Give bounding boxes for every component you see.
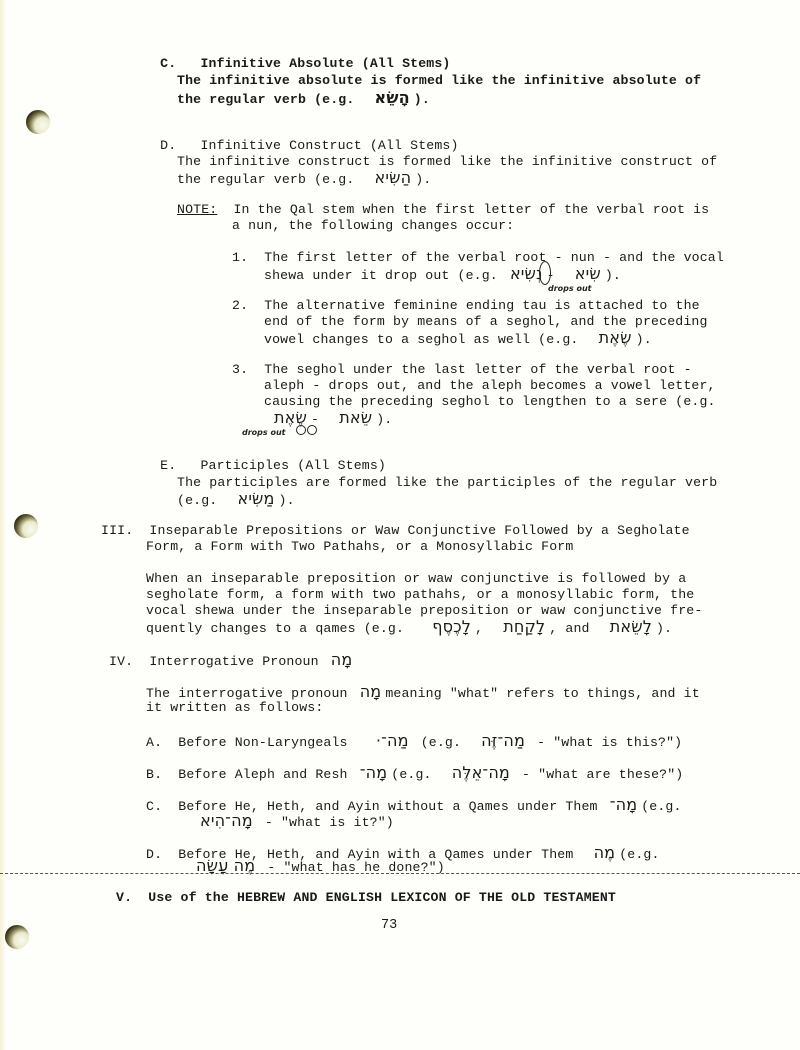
hebrew-example: הַשִּׂיא xyxy=(371,170,416,186)
note-line1: NOTE: In the Qal stem when the first let… xyxy=(177,202,709,218)
hebrew-example: שֵׂאת xyxy=(335,410,376,426)
section-e-heading: E. Participles (All Stems) xyxy=(144,442,386,474)
section-c-body-line2: the regular verb (e.g. הָשֵׂא). xyxy=(177,90,430,108)
gloss: - "what is this?") xyxy=(537,735,682,750)
text: The first letter of the verbal root - nu… xyxy=(264,250,724,265)
text: (e.g. xyxy=(619,847,659,862)
section-iii-heading-line2: Form, a Form with Two Pathahs, or a Mono… xyxy=(146,539,573,555)
item-number: 3. xyxy=(232,362,248,377)
section-c-title: Infinitive Absolute (All Stems) xyxy=(200,56,450,71)
item-number: 1. xyxy=(232,250,248,265)
text: (e.g. xyxy=(641,799,681,814)
note-item-3-line3: causing the preceding seghol to lengthen… xyxy=(264,394,716,410)
hebrew-example: מֶה עָשָׂה xyxy=(192,858,259,874)
section-c-label: C. xyxy=(160,56,176,71)
text: meaning "what" refers to things, and it xyxy=(385,686,700,701)
note-item-2-line3: vowel changes to a seghol as well (e.g. … xyxy=(264,330,652,348)
section-iv-heading: IV. Interrogative Pronoun מָה xyxy=(109,652,356,670)
text: In the Qal stem when the first letter of… xyxy=(233,202,709,217)
note-label: NOTE: xyxy=(177,202,217,217)
text: The interrogative pronoun xyxy=(146,686,348,701)
section-v-title: Use of the HEBREW AND ENGLISH LEXICON OF… xyxy=(148,890,616,905)
page-edge xyxy=(0,0,6,1050)
punch-hole-icon xyxy=(14,514,38,538)
text: Before Aleph and Resh xyxy=(178,767,347,782)
hebrew-form: מַה־· xyxy=(372,733,413,749)
section-e-label: E. xyxy=(160,458,176,473)
handwritten-annotation: drops out xyxy=(242,428,285,437)
text: shewa under it drop out (e.g. xyxy=(264,268,498,283)
hebrew-example: לָקַחַת xyxy=(499,619,549,635)
text: The alternative feminine ending tau is a… xyxy=(264,298,699,313)
section-iii-heading-line1: III. Inseparable Prepositions or Waw Con… xyxy=(101,523,690,539)
handwritten-circle xyxy=(296,425,306,435)
text: (e.g. xyxy=(421,735,461,750)
hebrew-example: שֶׂאֶת xyxy=(595,330,636,346)
item-number: 2. xyxy=(232,298,248,313)
page-divider xyxy=(0,873,800,874)
text: ). xyxy=(605,268,621,283)
gloss: - "what is it?") xyxy=(265,815,394,830)
handwritten-circle xyxy=(307,425,317,435)
iv-item-a: A. Before Non-Laryngeals מַה־· (e.g. מַה… xyxy=(146,733,682,751)
gloss: - "what are these?") xyxy=(522,767,683,782)
hebrew-example: הָשֵׂא xyxy=(371,90,414,106)
section-iv-body-line2: it written as follows: xyxy=(146,700,323,716)
text: vowel changes to a seghol as well (e.g. xyxy=(264,332,579,347)
handwritten-annotation: drops out xyxy=(548,284,591,293)
hebrew-word: מָה xyxy=(356,684,386,700)
section-d-body-line2: the regular verb (e.g. הַשִּׂיא). xyxy=(177,170,431,188)
section-d-body-line1: The infinitive construct is formed like … xyxy=(177,154,717,170)
hebrew-title: מָה xyxy=(327,652,357,668)
punch-hole-icon xyxy=(5,925,29,949)
hebrew-example: מַה־זֶּה xyxy=(477,733,529,749)
text: ). xyxy=(414,92,430,107)
section-v-label: V. xyxy=(116,890,132,905)
section-d-title: Infinitive Construct (All Stems) xyxy=(200,138,458,153)
hebrew-example: מַשִּׂיא xyxy=(233,491,278,507)
hebrew-example: מָה־אֵלֶּה xyxy=(448,765,514,781)
text: Before Non-Laryngeals xyxy=(178,735,347,750)
text: ). xyxy=(656,621,672,636)
text: (e.g. xyxy=(177,493,217,508)
hebrew-example: שֶׂאֶת xyxy=(270,410,311,426)
item-label: B. xyxy=(146,767,162,782)
section-d-label: D. xyxy=(160,138,176,153)
text: ). xyxy=(415,172,431,187)
note-item-3-line4: שֶׂאֶת- שֵׂאת). xyxy=(270,410,392,428)
hebrew-example: שִׂיא xyxy=(571,266,605,282)
item-label: C. xyxy=(146,799,162,814)
punch-hole-icon xyxy=(26,110,50,134)
section-c-heading: C. Infinitive Absolute (All Stems) xyxy=(144,40,450,72)
note-item-1-line1: 1. The first letter of the verbal root -… xyxy=(232,250,724,266)
note-item-1-line2: shewa under it drop out (e.g. נְשִׂיא- ש… xyxy=(264,266,621,284)
handwritten-circle xyxy=(539,261,551,285)
iv-item-c-line2: מָה־הִיא - "what is it?") xyxy=(196,813,394,831)
hebrew-form: מֶה xyxy=(590,845,620,861)
section-e-body-line2: (e.g. מַשִּׂיא). xyxy=(177,491,295,509)
item-label: D. xyxy=(146,847,162,862)
section-iv-label: IV. xyxy=(109,654,133,669)
text: the regular verb (e.g. xyxy=(177,172,354,187)
page-number: 73 xyxy=(381,918,397,933)
section-c-body-line1: The infinitive absolute is formed like t… xyxy=(177,73,701,89)
section-iii-body-line4: quently changes to a qames (e.g. לָכֶסֶף… xyxy=(146,619,672,637)
text: ). xyxy=(636,332,652,347)
text: ). xyxy=(376,412,392,427)
iv-item-b: B. Before Aleph and Resh מָה־(e.g. מָה־א… xyxy=(146,765,683,783)
note-line2: a nun, the following changes occur: xyxy=(232,218,514,234)
item-label: A. xyxy=(146,735,162,750)
note-item-2-line1: 2. The alternative feminine ending tau i… xyxy=(232,298,700,314)
note-item-3-line2: aleph - drops out, and the aleph becomes… xyxy=(264,378,716,394)
section-iii-title: Inseparable Prepositions or Waw Conjunct… xyxy=(149,523,689,538)
text: quently changes to a qames (e.g. xyxy=(146,621,404,636)
section-d-heading: D. Infinitive Construct (All Stems) xyxy=(144,122,459,154)
text: The seghol under the last letter of the … xyxy=(264,362,691,377)
separator: , and xyxy=(549,621,589,636)
separator: , xyxy=(475,621,483,636)
text: ). xyxy=(279,493,295,508)
section-iii-body-line1: When an inseparable preposition or waw c… xyxy=(146,571,686,587)
hebrew-form: מָה־ xyxy=(606,797,642,813)
note-item-3-line1: 3. The seghol under the last letter of t… xyxy=(232,362,692,378)
hebrew-form: מָה־ xyxy=(356,765,392,781)
text: the regular verb (e.g. xyxy=(177,92,354,107)
section-v-heading: V. Use of the HEBREW AND ENGLISH LEXICON… xyxy=(116,890,616,906)
text: (e.g. xyxy=(391,767,431,782)
section-e-title: Participles (All Stems) xyxy=(200,458,385,473)
hebrew-example: מָה־הִיא xyxy=(196,813,257,829)
hebrew-example: לָכֶסֶף xyxy=(428,619,475,635)
section-iv-title: Interrogative Pronoun xyxy=(149,654,318,669)
section-iii-body-line2: segholate form, a form with two pathahs,… xyxy=(146,587,694,603)
hebrew-example: לָשֵׂאת xyxy=(606,619,656,635)
section-iii-label: III. xyxy=(101,523,133,538)
note-item-2-line2: end of the form by means of a seghol, an… xyxy=(264,314,708,330)
